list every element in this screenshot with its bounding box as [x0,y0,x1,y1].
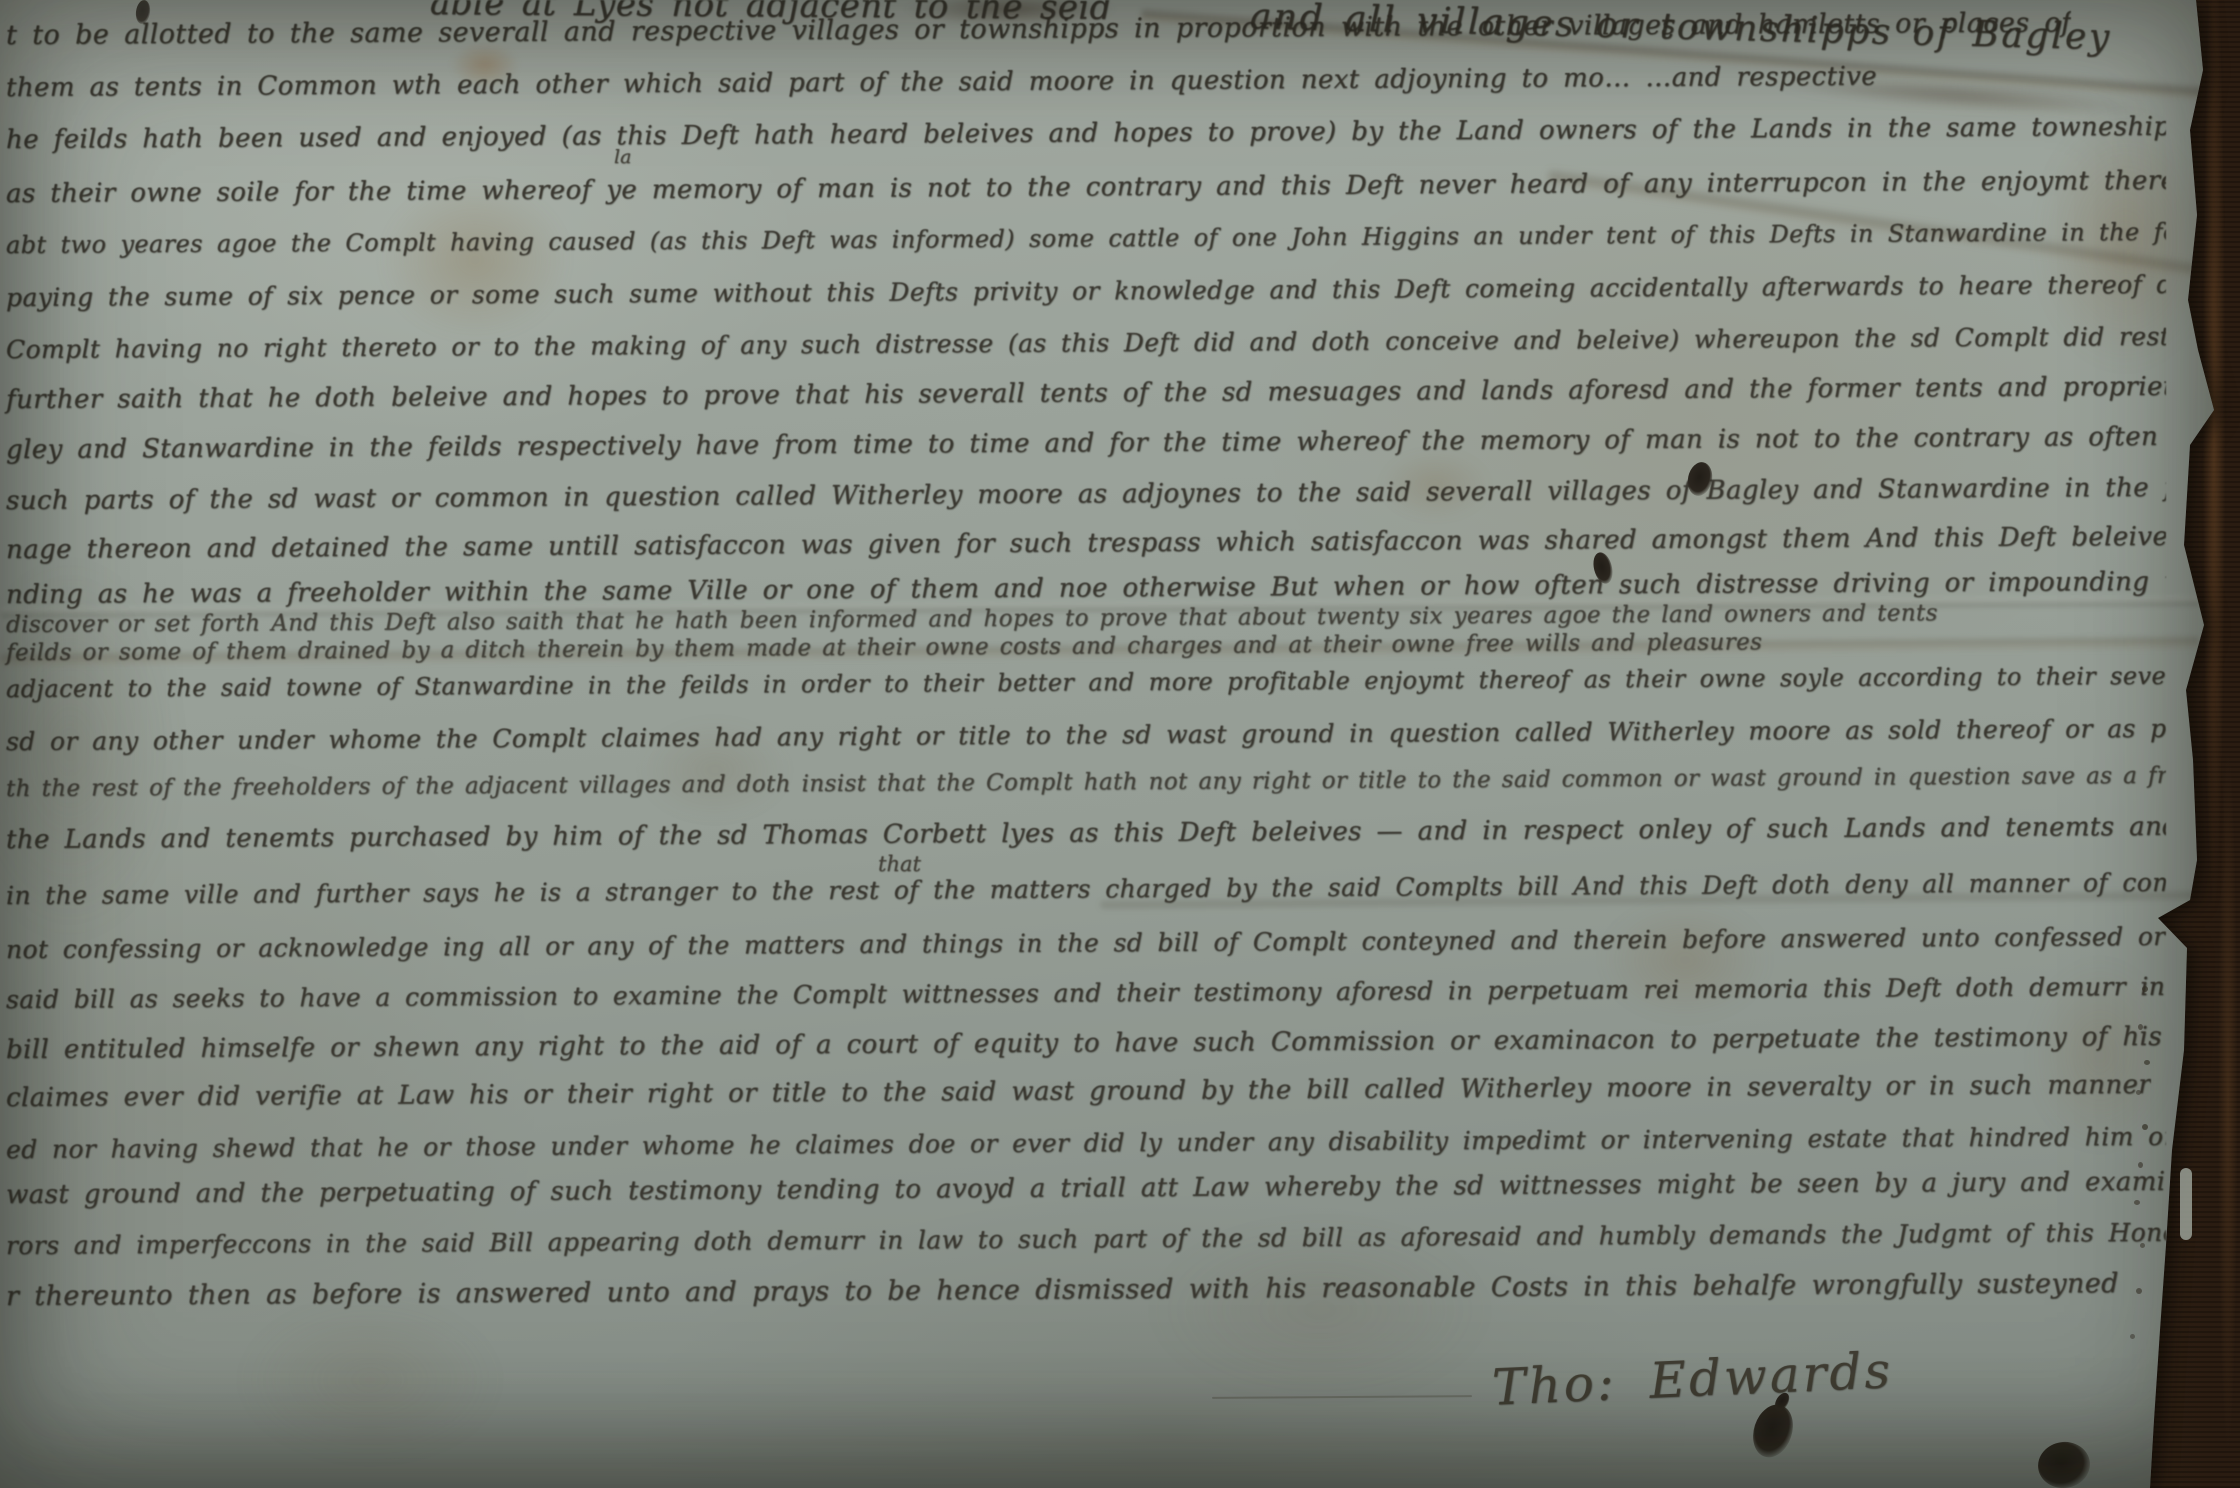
manuscript-line: th the rest of the freeholders of the ad… [0,763,2166,803]
photograph-of-manuscript: able at Lyes not adjacent to the seid an… [0,0,2240,1488]
manuscript-line: sd or any other under whome the Complt c… [0,715,2166,757]
manuscript-line: wast ground and the perpetuating of such… [0,1168,2166,1211]
manuscript-line: r thereunto then as before is answered u… [0,1268,2119,1312]
manuscript-line: further saith that he doth beleive and h… [0,373,2166,416]
manuscript-line: abt two yeares agoe the Complt having ca… [0,219,2166,260]
manuscript-line: adjacent to the said towne of Stanwardin… [0,663,2166,704]
parchment-document: able at Lyes not adjacent to the seid an… [0,0,2240,1488]
manuscript-line: them as tents in Common wth each other w… [0,63,1877,104]
manuscript-line: gley and Stanwardine in the feilds respe… [0,423,2166,466]
manuscript-line: not confessing or acknowledge ing all or… [0,923,2166,965]
manuscript-line: he feilds hath been used and enjoyed (as… [0,113,2166,156]
manuscript-line: in the same ville and further says he is… [0,869,2166,911]
paper-shadow-wrap: able at Lyes not adjacent to the seid an… [0,0,2240,1488]
manuscript-line: ed nor having shewd that he or those und… [0,1123,2166,1165]
interlineation-note: la [614,146,631,168]
manuscript-line: claimes ever did verifie at Law his or t… [0,1071,2151,1114]
manuscript-line: the Lands and tenemts purchased by him o… [0,813,2166,856]
manuscript-line: as their owne soile for the time whereof… [0,167,2166,210]
interlineation-note: that [878,852,921,876]
manuscript-line: bill entituled himselfe or shewn any rig… [0,1023,2162,1066]
manuscript-line: paying the sume of six pence or some suc… [0,271,2166,313]
manuscript-line: said bill as seeks to have a commission … [0,973,2166,1015]
manuscript-line: Complt having no right thereto or to the… [0,323,2166,365]
manuscript-line: rors and imperfeccons in the said Bill a… [0,1219,2166,1261]
manuscript-line: nage thereon and detained the same until… [0,523,2166,566]
manuscript-text: able at Lyes not adjacent to the seid an… [0,0,2168,1488]
manuscript-line: such parts of the sd wast or common in q… [0,474,2166,517]
